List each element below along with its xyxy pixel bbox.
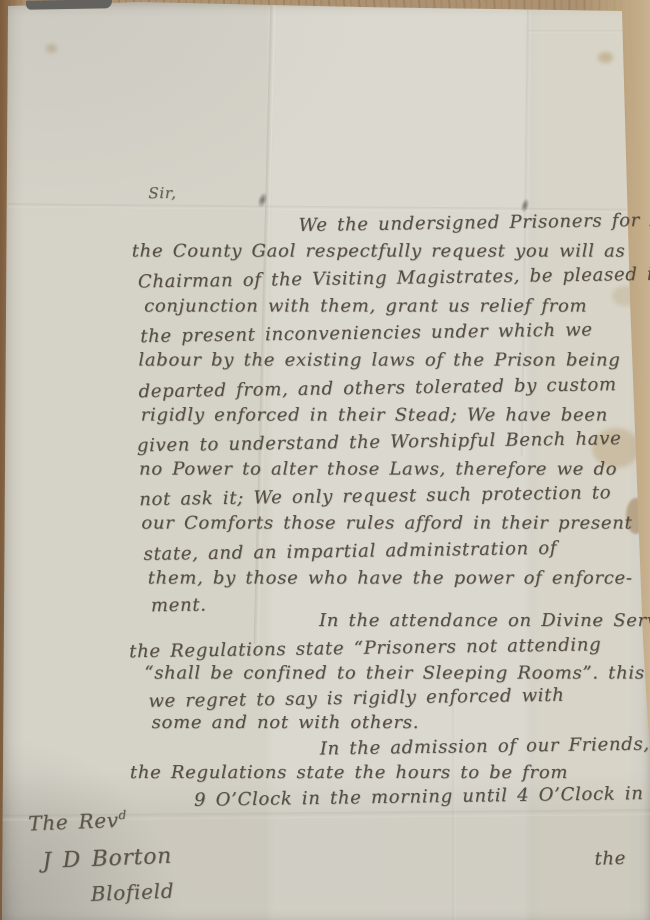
address-honorific: The Revd xyxy=(28,808,128,836)
letter-line: ment. xyxy=(151,594,207,616)
catchword: the xyxy=(594,848,626,870)
letter-line: the County Gaol respectfully request you… xyxy=(132,241,626,263)
letter-body: Sir, We the undersigned Prisoners for De… xyxy=(0,0,650,920)
address-place: Blofield xyxy=(90,878,174,905)
letter-line: In the admission of our Friends, xyxy=(320,734,650,760)
letter-line: We the undersigned Prisoners for Debt in xyxy=(298,209,650,237)
letter-line: some and not with others. xyxy=(152,712,420,734)
letter-line: conjunction with them, grant us relief f… xyxy=(144,296,587,318)
letter-line: our Comforts those rules afford in their… xyxy=(141,513,632,535)
letter-line: state, and an impartial administration o… xyxy=(143,538,557,566)
letter-line: Chairman of the Visiting Magistrates, be… xyxy=(138,264,650,293)
letter-line: “shall be confined to their Sleeping Roo… xyxy=(144,663,644,685)
address-honorific-text: The Rev xyxy=(28,808,119,836)
letter-line: no Power to alter those Laws, therefore … xyxy=(139,459,617,481)
letter-line: not ask it; We only request such protect… xyxy=(139,482,611,511)
letter-line: given to understand the Worshipful Bench… xyxy=(137,428,622,457)
letter-line: the Regulations state the hours to be fr… xyxy=(130,762,568,784)
letter-line: we regret to say is rigidly enforced wit… xyxy=(148,685,564,713)
address-honorific-superscript: d xyxy=(118,808,127,822)
letter-line: rigidly enforced in their Stead; We have… xyxy=(141,405,608,427)
letter-line: them, by those who have the power of enf… xyxy=(148,568,633,590)
address-name: J D Borton xyxy=(42,844,173,876)
letter-line: the present inconveniencies under which … xyxy=(140,319,593,347)
letter-line: In the attendance on Divine Service xyxy=(319,610,650,632)
letter-line: 9 O’Clock in the morning until 4 O’Clock… xyxy=(194,783,644,811)
letter-line: the Regulations state “Prisoners not att… xyxy=(129,634,601,663)
letter-line: labour by the existing laws of the Priso… xyxy=(138,350,620,372)
salutation: Sir, xyxy=(148,184,176,202)
letter-line: departed from, and others tolerated by c… xyxy=(138,374,616,403)
